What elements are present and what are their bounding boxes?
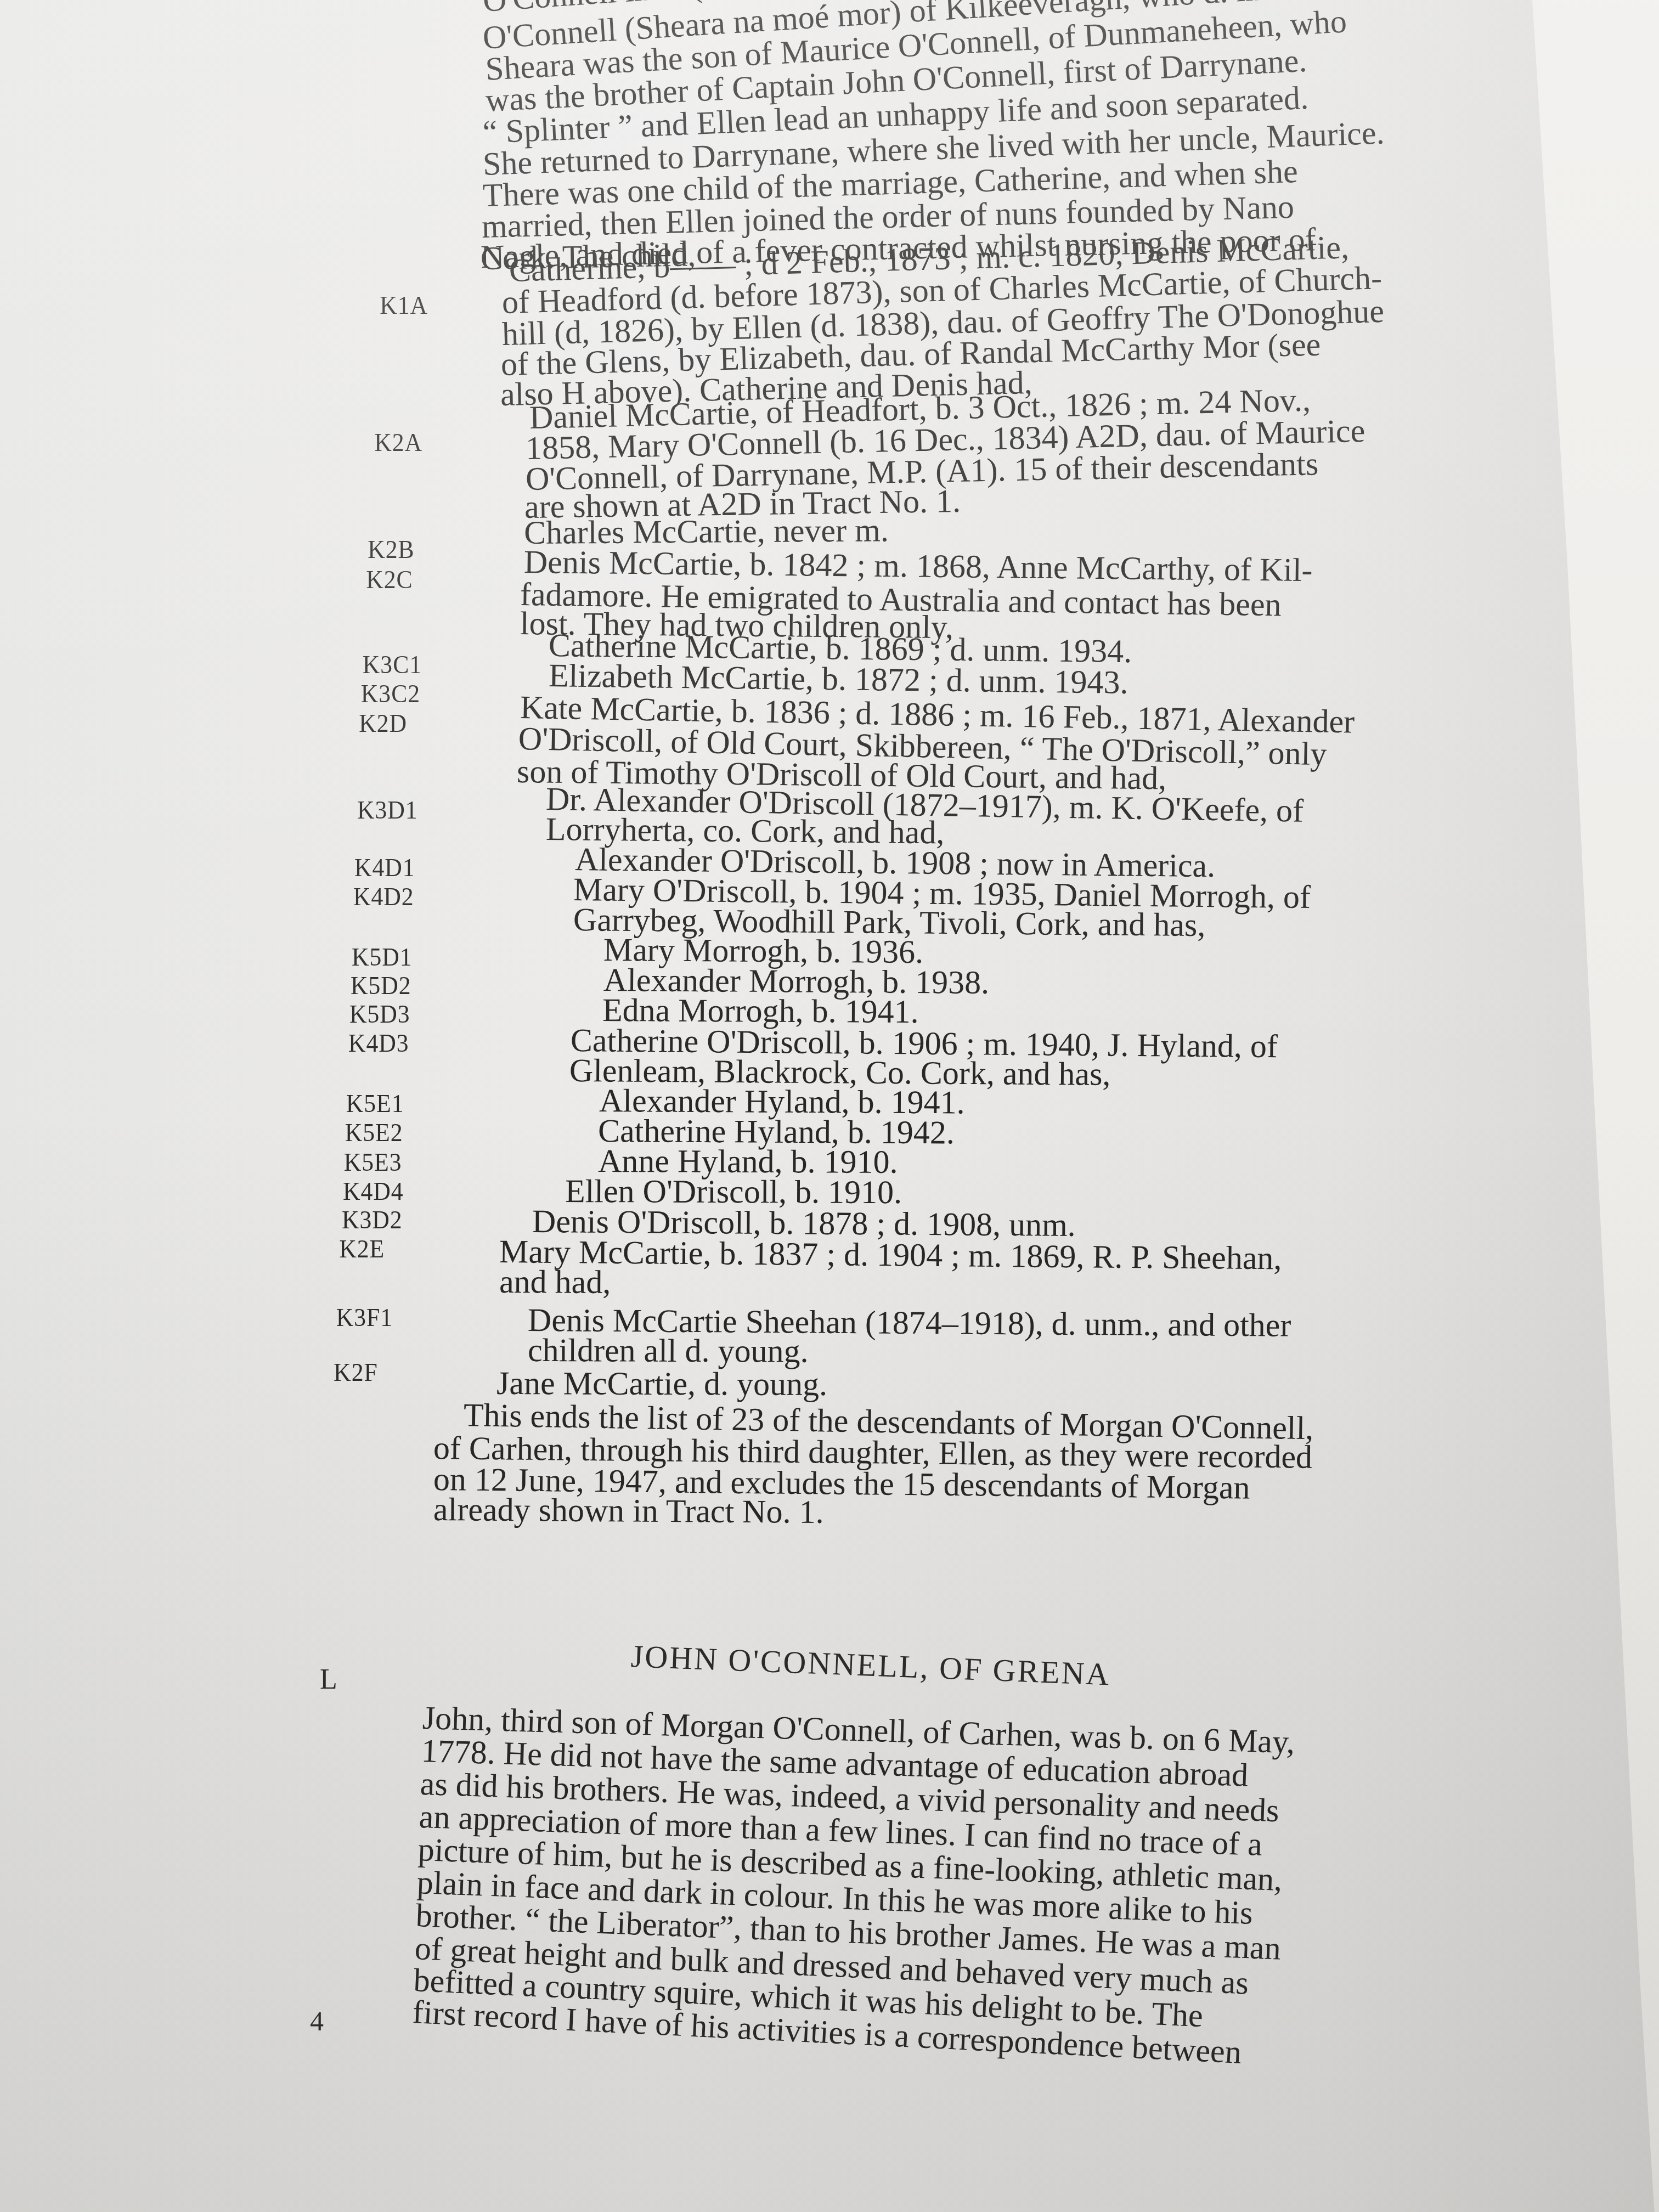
entry-code: K3D2 — [342, 1205, 403, 1234]
section-letter: L — [320, 1663, 337, 1696]
entry-code: K3C1 — [363, 650, 422, 679]
entry-code: K5D1 — [352, 943, 413, 972]
entry-code: K5D2 — [351, 971, 411, 1000]
text-line: and had, — [499, 1265, 611, 1299]
entry-code: K2A — [374, 428, 422, 457]
entry-code: K3C2 — [361, 679, 420, 708]
entry-code: K5E2 — [345, 1118, 403, 1147]
section-heading: JOHN O'CONNELL, OF GRENA — [630, 1638, 1111, 1693]
entry-code: K2E — [339, 1234, 385, 1263]
entry-code: K3D1 — [357, 795, 418, 825]
entry-code: K4D3 — [348, 1029, 409, 1058]
entry-code: K4D4 — [343, 1177, 404, 1206]
entry-code: K2B — [368, 535, 414, 564]
page-number: 4 — [310, 2005, 324, 2037]
text-line: already shown in Tract No. 1. — [433, 1492, 824, 1529]
text-line: Mary McCartie, b. 1837 ; d. 1904 ; m. 18… — [499, 1234, 1282, 1275]
entry-code: K5E3 — [344, 1148, 402, 1177]
entry-code: K2F — [334, 1358, 378, 1387]
underlying-page-edge — [1429, 0, 1659, 2212]
entry-code: K5D3 — [349, 1000, 410, 1029]
entry-code: K4D1 — [354, 853, 415, 882]
text-line: children all d. young. — [528, 1333, 809, 1368]
entry-code: K2D — [359, 709, 407, 738]
entry-code: K1A — [380, 291, 428, 320]
entry-code: K3F1 — [336, 1303, 393, 1332]
text-line: Jane McCartie, d. young. — [496, 1366, 827, 1401]
entry-code: K2C — [366, 565, 413, 594]
entry-code: K5E1 — [346, 1089, 404, 1118]
entry-code: K4D2 — [353, 882, 414, 911]
